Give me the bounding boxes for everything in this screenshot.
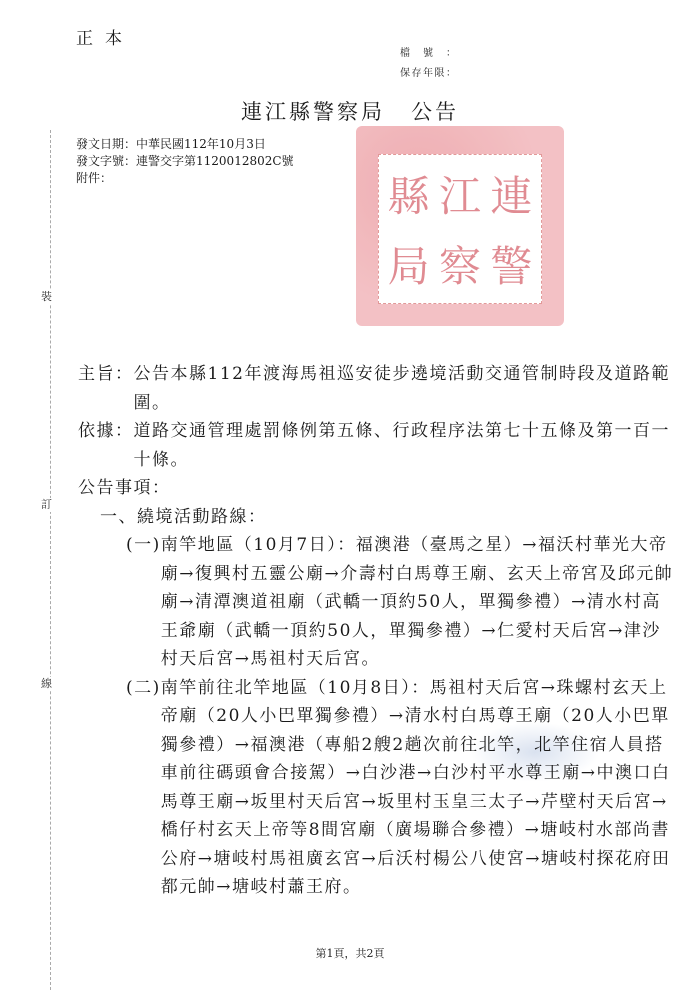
file-number-label: 檔號： (400, 44, 456, 64)
basis-paragraph: 依據： 道路交通管理處罰條例第五條、行政程序法第七十五條及第一百一十條。 (78, 417, 678, 474)
retention-value (456, 64, 516, 84)
issue-date-row: 發文日期：中華民國112年10月3日 (76, 136, 294, 153)
seal-char: 警 (488, 231, 535, 297)
file-number-value (456, 44, 516, 64)
attachment-label: 附件： (76, 171, 112, 185)
document-title: 連江縣警察局公告 (0, 96, 700, 126)
route-subitem-text: 南竿地區（10月7日）：福澳港（臺馬之星）→福沃村華光大帝廟→復興村五靈公廟→介… (161, 531, 678, 674)
route-subitem: (二) 南竿前往北竿地區（10月8日）：馬祖村天后宮→珠螺村玄天上帝廟（20人小… (78, 674, 678, 902)
official-seal-icon: 縣 江 連 局 察 警 (356, 126, 564, 326)
subject-paragraph: 主旨： 公告本縣112年渡海馬祖巡安徒步遶境活動交通管制時段及道路範圍。 (78, 360, 678, 417)
document-body: 主旨： 公告本縣112年渡海馬祖巡安徒步遶境活動交通管制時段及道路範圍。 依據：… (78, 360, 678, 902)
issue-date-value: 中華民國112年10月3日 (136, 137, 266, 151)
notice-item-number: 一、 (100, 507, 137, 527)
seal-char: 連 (488, 161, 535, 227)
archive-info: 檔號： 保存年限： (400, 44, 516, 84)
route-subitem: (一) 南竿地區（10月7日）：福澳港（臺馬之星）→福沃村華光大帝廟→復興村五靈… (78, 531, 678, 674)
binding-line (50, 130, 51, 990)
basis-label: 依據： (78, 417, 134, 474)
attachment-row: 附件： (76, 170, 294, 187)
binding-mark-xian: 線 (41, 677, 52, 691)
route-subitem-number: (一) (126, 531, 161, 674)
binding-mark-ding: 訂 (41, 498, 52, 512)
notice-item: 一、繞境活動路線： (78, 503, 678, 532)
seal-char: 江 (436, 161, 483, 227)
route-subitem-number: (二) (126, 674, 161, 902)
issue-date-label: 發文日期： (76, 137, 136, 151)
document-meta: 發文日期：中華民國112年10月3日 發文字號：連警交字第1120012802C… (76, 136, 294, 187)
seal-char: 察 (436, 231, 483, 297)
seal-char: 局 (385, 231, 432, 297)
reference-value: 連警交字第1120012802C號 (136, 154, 294, 168)
reference-row: 發文字號：連警交字第1120012802C號 (76, 153, 294, 170)
reference-label: 發文字號： (76, 154, 136, 168)
binding-mark-zhuang: 裝 (41, 290, 52, 304)
route-subitem-text: 南竿前往北竿地區（10月8日）：馬祖村天后宮→珠螺村玄天上帝廟（20人小巴單獨參… (161, 674, 678, 902)
copy-mark: 正本 (76, 24, 134, 49)
basis-text: 道路交通管理處罰條例第五條、行政程序法第七十五條及第一百一十條。 (134, 417, 679, 474)
page-number: 第1頁，共2頁 (0, 945, 700, 961)
document-type: 公告 (411, 100, 459, 124)
notice-item-title: 繞境活動路線： (137, 507, 267, 527)
subject-text: 公告本縣112年渡海馬祖巡安徒步遶境活動交通管制時段及道路範圍。 (134, 360, 679, 417)
agency-name: 連江縣警察局 (241, 100, 385, 124)
subject-label: 主旨： (78, 360, 134, 417)
retention-label: 保存年限： (400, 64, 456, 84)
notice-label: 公告事項： (78, 474, 678, 503)
seal-face: 縣 江 連 局 察 警 (378, 154, 542, 304)
seal-char: 縣 (385, 161, 432, 227)
